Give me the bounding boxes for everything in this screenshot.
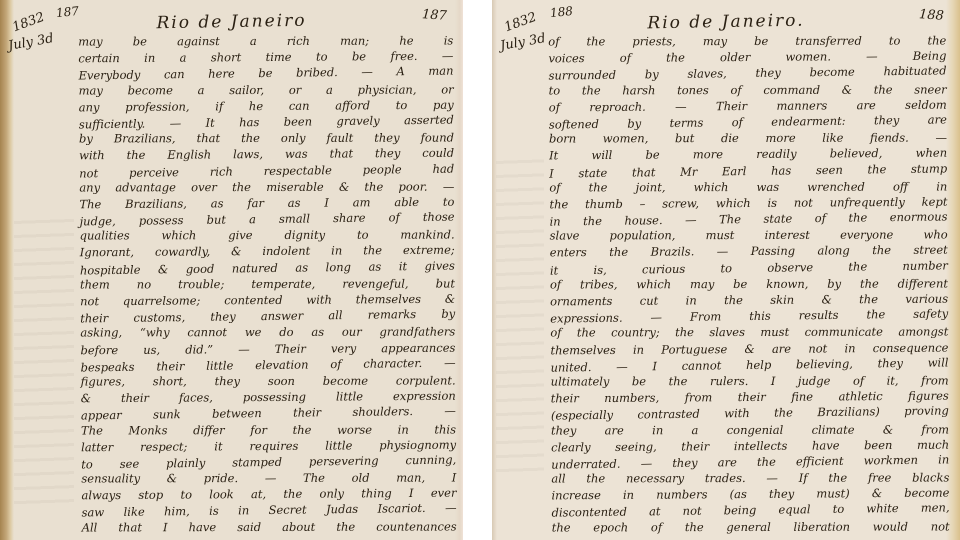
manuscript-line: sensuality & pride. — The old man, I [81,470,456,487]
manuscript-line: qualities which give dignity to mankind. [80,227,455,244]
manuscript-line: figures, short, they soon become corpule… [81,372,456,389]
book-edge-left [0,0,14,540]
manuscript-line: All that I have said about the countenan… [82,518,457,535]
manuscript-page-left: 1832 July 3d 187 Rio de Janeiro 187 may … [0,0,463,540]
manuscript-line: of the priests, may be transferred to th… [548,32,946,49]
manuscript-line: of tribes, which may be known, by the di… [550,275,948,292]
page-number-top-right: 188 [919,7,945,24]
manuscript-line: them no trouble; temperate, revengeful, … [80,275,455,292]
manuscript-line: slave population, must interest everyone… [550,227,948,244]
manuscript-line: The Monks differ for the worse in this [81,421,456,438]
manuscript-line: asking, “why cannot we do as our grandfa… [80,324,455,341]
manuscript-text-block: may be against a rich man; he iscertain … [78,32,457,540]
manuscript-line: the epoch of the general liberation woul… [552,518,950,535]
manuscript-line: ultimately be the rulers. I judge of it,… [551,372,949,389]
ink-bleedthrough [496,150,544,480]
manuscript-line: born women, but die more like fiends. — [549,130,947,147]
manuscript-line: to the harsh tones of command & the snee… [549,81,947,98]
manuscript-scan: 1832 July 3d 187 Rio de Janeiro 187 may … [0,0,960,540]
manuscript-text-block: of the priests, may be transferred to th… [548,32,950,540]
page-number-top-right: 187 [422,7,448,24]
manuscript-line: by Brazilians, that the only fault they … [79,130,454,147]
manuscript-line: may become a sailor, or a physician, or [79,81,454,98]
manuscript-line: they are in a congenial climate & from [551,421,949,438]
manuscript-line: of the country; the slaves must communic… [550,324,948,341]
page-edge-inner-right [492,0,497,540]
manuscript-line: of the joint, which was wrenched off in [549,178,947,195]
manuscript-page-right: 1832 July 3d 188 Rio de Janeiro. 188 of … [492,0,960,540]
manuscript-line: may be against a rich man; he is [78,33,453,50]
manuscript-line: all the necessary trades. — If the free … [551,470,949,487]
manuscript-line: any advantage over the miserable & the p… [79,178,454,195]
ink-bleedthrough [14,210,74,510]
